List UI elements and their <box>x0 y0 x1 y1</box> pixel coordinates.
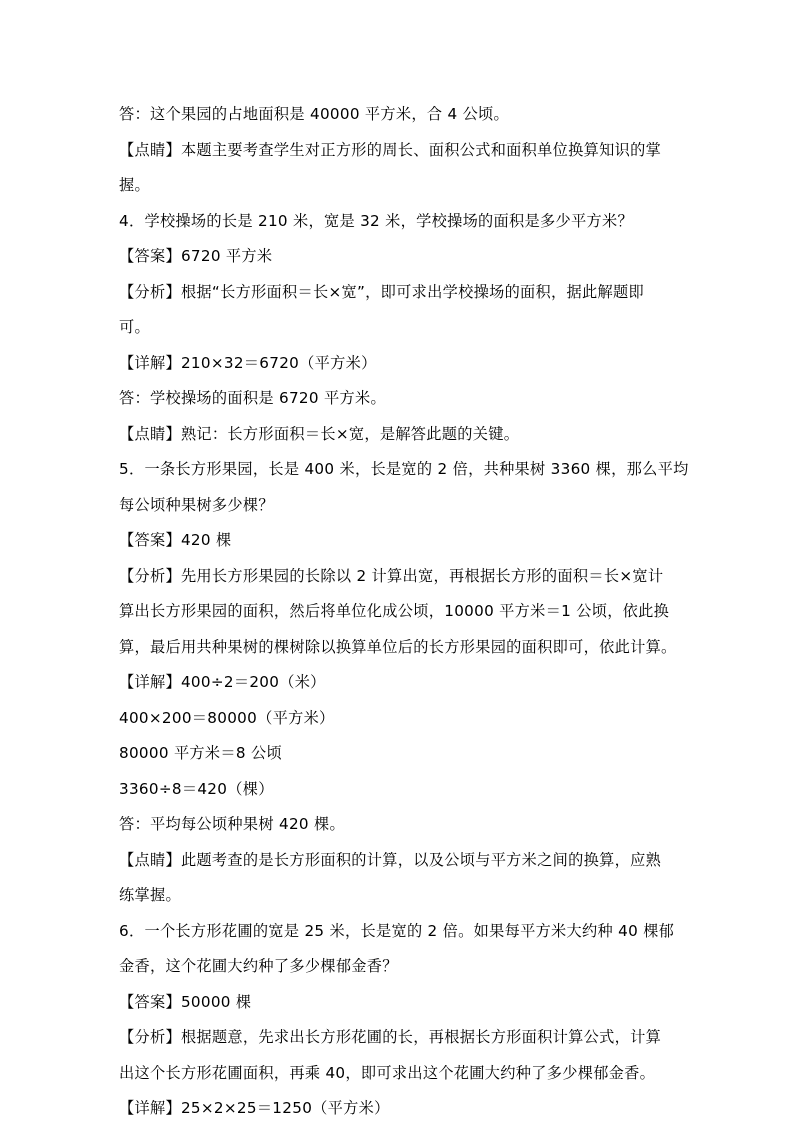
question-6-cont: 金香，这个花圃大约种了多少棵郁金香？ <box>119 952 679 988</box>
question-5: 5．一条长方形果园，长是 400 米，长是宽的 2 倍，共种果树 3360 棵，… <box>119 455 679 491</box>
answer-line-q3: 答：这个果园的占地面积是 40000 平方米，合 4 公顷。 <box>119 100 679 136</box>
solution-q4: 【详解】210×32＝6720（平方米） <box>119 349 679 385</box>
analysis-q5: 【分析】先用长方形果园的长除以 2 计算出宽，再根据长方形的面积＝长×宽计 <box>119 562 679 598</box>
solution-q5-step-3: 80000 平方米＝8 公顷 <box>119 739 679 775</box>
analysis-q4-cont: 可。 <box>119 313 679 349</box>
analysis-q5-cont-2: 算，最后用共种果树的棵树除以换算单位后的长方形果园的面积即可，依此计算。 <box>119 633 679 669</box>
question-5-cont: 每公顷种果树多少棵？ <box>119 491 679 527</box>
solution-q5-step-4: 3360÷8＝420（棵） <box>119 775 679 811</box>
document-page: 答：这个果园的占地面积是 40000 平方米，合 4 公顷。 【点睛】本题主要考… <box>119 100 679 1122</box>
answer-q6: 【答案】50000 棵 <box>119 988 679 1024</box>
solution-q5-step-2: 400×200＝80000（平方米） <box>119 704 679 740</box>
analysis-q6-cont: 出这个长方形花圃面积，再乘 40，即可求出这个花圃大约种了多少棵郁金香。 <box>119 1059 679 1095</box>
key-point-q5-cont: 练掌握。 <box>119 881 679 917</box>
solution-q6: 【详解】25×2×25＝1250（平方米） <box>119 1094 679 1122</box>
key-point-q3: 【点睛】本题主要考查学生对正方形的周长、面积公式和面积单位换算知识的掌 <box>119 136 679 172</box>
analysis-q6: 【分析】根据题意，先求出长方形花圃的长，再根据长方形面积计算公式，计算 <box>119 1023 679 1059</box>
answer-line-q5: 答：平均每公顷种果树 420 棵。 <box>119 810 679 846</box>
solution-q5-step-1: 【详解】400÷2＝200（米） <box>119 668 679 704</box>
analysis-q5-cont-1: 算出长方形果园的面积，然后将单位化成公顷，10000 平方米＝1 公顷，依此换 <box>119 597 679 633</box>
answer-q4: 【答案】6720 平方米 <box>119 242 679 278</box>
question-6: 6．一个长方形花圃的宽是 25 米，长是宽的 2 倍。如果每平方米大约种 40 … <box>119 917 679 953</box>
key-point-q5: 【点睛】此题考查的是长方形面积的计算，以及公顷与平方米之间的换算，应熟 <box>119 846 679 882</box>
key-point-q3-cont: 握。 <box>119 171 679 207</box>
question-4: 4．学校操场的长是 210 米，宽是 32 米，学校操场的面积是多少平方米？ <box>119 207 679 243</box>
answer-q5: 【答案】420 棵 <box>119 526 679 562</box>
answer-line-q4: 答：学校操场的面积是 6720 平方米。 <box>119 384 679 420</box>
analysis-q4: 【分析】根据“长方形面积＝长×宽”，即可求出学校操场的面积，据此解题即 <box>119 278 679 314</box>
key-point-q4: 【点睛】熟记：长方形面积＝长×宽，是解答此题的关键。 <box>119 420 679 456</box>
